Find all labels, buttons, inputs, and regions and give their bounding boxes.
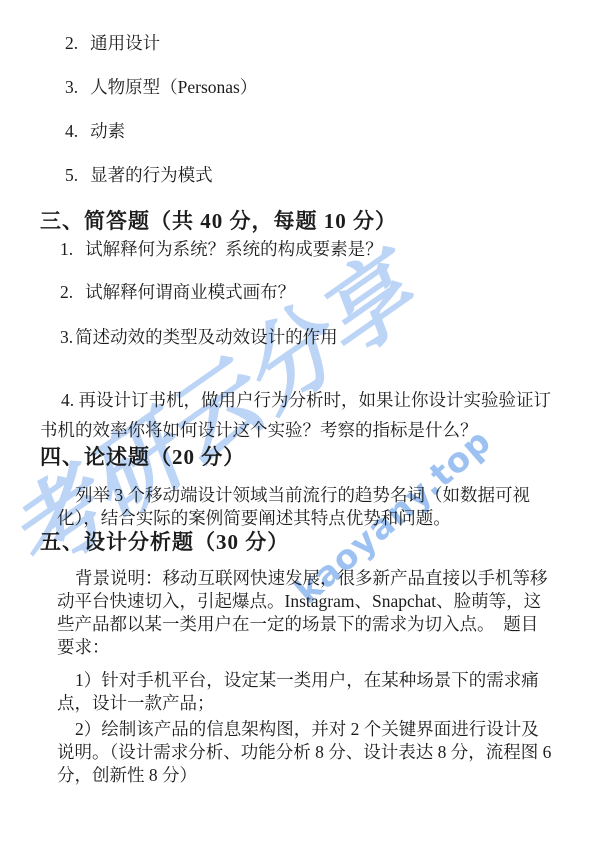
- section-five-title: 五、设计分析题（30 分）: [40, 530, 553, 554]
- section-title-note: （30 分）: [194, 530, 289, 554]
- item-number: 3.: [65, 77, 78, 97]
- section-title-note: （20 分）: [150, 445, 245, 469]
- item-text: 动素: [90, 121, 125, 141]
- item-number: 5.: [65, 165, 78, 185]
- item-number: 3.: [60, 327, 73, 347]
- item-text: 试解释何为系统？系统的构成要素是？: [85, 239, 383, 259]
- section-title-text: 三、简答题: [40, 209, 150, 233]
- list-item: 3.人物原型（Personas）: [65, 77, 553, 97]
- section-title-note: （共 40 分，每题 10 分）: [150, 209, 397, 233]
- item-number: 1.: [60, 239, 73, 259]
- item-text: 通用设计: [90, 33, 160, 53]
- item-number: 2.: [65, 33, 78, 53]
- question-4-paragraph: 4. 再设计订书机，做用户行为分析时，如果让你设计实验验证订书机的效率你将如何设…: [40, 385, 553, 445]
- item-number: 2.: [60, 282, 73, 302]
- section-three-title: 三、简答题（共 40 分，每题 10 分）: [40, 209, 553, 233]
- section-title-text: 四、论述题: [40, 445, 150, 469]
- section-four-title: 四、论述题（20 分）: [40, 445, 553, 469]
- item-text: 试解释何谓商业模式画布？: [85, 282, 295, 302]
- section-five-requirement-2: 2）绘制该产品的信息架构图，并对 2 个关键界面进行设计及说明。（设计需求分析、…: [57, 718, 553, 787]
- list-item: 3.简述动效的类型及动效设计的作用: [60, 327, 553, 347]
- list-item: 5.显著的行为模式: [65, 165, 553, 185]
- list-item: 1.试解释何为系统？系统的构成要素是？: [60, 239, 553, 259]
- section-five-requirement-1: 1）针对手机平台，设定某一类用户，在某种场景下的需求痛点，设计一款产品；: [57, 669, 553, 715]
- section-five-background: 背景说明：移动互联网快速发展，很多新产品直接以手机等移动平台快速切入，引起爆点。…: [57, 567, 553, 659]
- exam-page: 考研云分享 kaoyany.top 2.通用设计 3.人物原型（Personas…: [0, 0, 593, 841]
- page-content: 2.通用设计 3.人物原型（Personas） 4.动素 5.显著的行为模式 三…: [0, 0, 593, 841]
- list-item: 4.动素: [65, 121, 553, 141]
- section-title-text: 五、设计分析题: [40, 530, 194, 554]
- item-text: 简述动效的类型及动效设计的作用: [75, 327, 338, 347]
- term-list: 2.通用设计 3.人物原型（Personas） 4.动素 5.显著的行为模式: [40, 33, 553, 185]
- list-item: 2.试解释何谓商业模式画布？: [60, 282, 553, 302]
- item-text: 显著的行为模式: [90, 165, 213, 185]
- item-text: 人物原型（Personas）: [90, 77, 257, 97]
- list-item: 2.通用设计: [65, 33, 553, 53]
- item-number: 4.: [65, 121, 78, 141]
- section-four-body: 列举 3 个移动端设计领域当前流行的趋势名词（如数据可视化），结合实际的案例简要…: [57, 484, 553, 530]
- section-three-items: 1.试解释何为系统？系统的构成要素是？ 2.试解释何谓商业模式画布？ 3.简述动…: [40, 239, 553, 347]
